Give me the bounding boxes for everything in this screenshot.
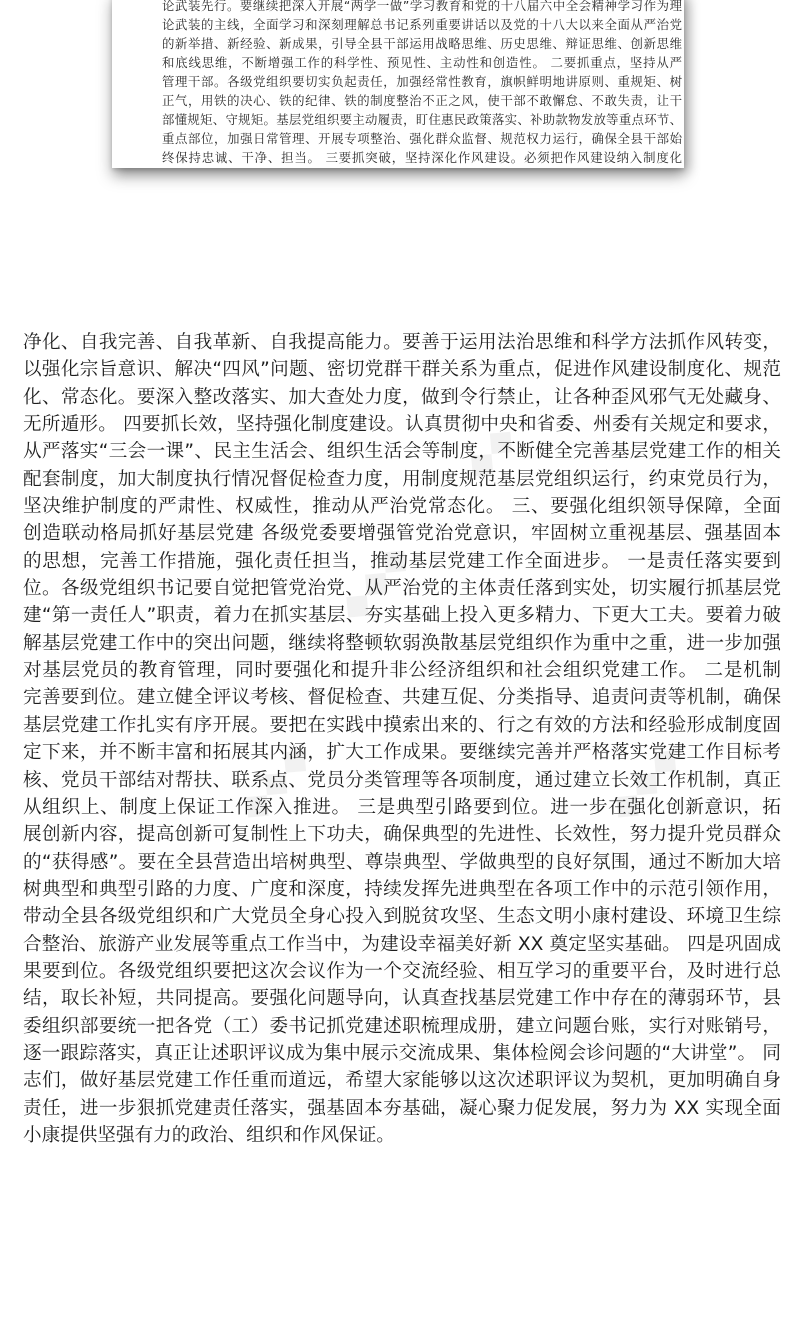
- preview-line: 和底线思维，不断增强工作的科学性、预见性、主动性和创造性。 二要抓重点，坚持从严: [162, 53, 682, 72]
- body-line: 配套制度，加大制度执行情况督促检查力度，用制度规范基层党组织运行，约束党员行为，: [23, 466, 781, 493]
- body-line: 定下来，并不断丰富和拓展其内涵，扩大工作成果。要继续完善并严格落实党建工作目标考: [23, 739, 781, 766]
- body-line: 委组织部要统一把各党（工）委书记抓党建述职梳理成册，建立问题台账，实行对账销号，: [23, 1013, 781, 1040]
- preview-line: 论武装的主线，全面学习和深刻理解总书记系列重要讲话以及党的十八大以来全面从严治党: [162, 15, 682, 34]
- body-line: 果要到位。各级党组织要把这次会议作为一个交流经验、相互学习的重要平台，及时进行总: [23, 958, 781, 985]
- preview-line: 的新举措、新经验、新成果，引导全县干部运用战略思维、历史思维、辩证思维、创新思维: [162, 34, 682, 53]
- body-line: 合整治、旅游产业发展等重点工作当中，为建设幸福美好新 XX 奠定坚实基础。 四是…: [23, 931, 781, 958]
- preview-line: 正气，用铁的决心、铁的纪律、铁的制度整治不正之风，使干部不敢懈怠、不敢失责，让干: [162, 91, 682, 110]
- body-line: 逐一跟踪落实，真正让述职评议成为集中展示交流成果、集体检阅会诊问题的“大讲堂”。…: [23, 1040, 781, 1067]
- body-line: 志们，做好基层党建工作任重而道远，希望大家能够以这次述职评议为契机，更加明确自身: [23, 1067, 781, 1094]
- preview-line: 重点部位，加强日常管理、开展专项整治、强化群众监督、规范权力运行，确保全县干部始: [162, 129, 682, 148]
- body-line: 净化、自我完善、自我革新、自我提高能力。要善于运用法治思维和科学方法抓作风转变，: [23, 329, 781, 356]
- preview-line: 部懂规矩、守规矩。基层党组织要主动履责，盯住惠民政策落实、补助款物发放等重点环节…: [162, 110, 682, 129]
- preview-text-block: 论武装先行。要继续把深入开展“两学一做”学习教育和党的十八届六中全会精神学习作为…: [162, 0, 682, 168]
- body-line: 从组织上、制度上保证工作深入推进。 三是典型引路要到位。进一步在强化创新意识，拓: [23, 794, 781, 821]
- body-line: 的“获得感”。要在全县营造出培树典型、尊崇典型、学做典型的良好氛围，通过不断加大…: [23, 849, 781, 876]
- body-line: 建“第一责任人”职责，着力在抓实基层、夯实基础上投入更多精力、下更大工夫。要着力…: [23, 602, 781, 629]
- body-line: 结，取长补短，共同提高。要强化问题导向，认真查找基层党建工作中存在的薄弱环节，县: [23, 985, 781, 1012]
- document-body: 净化、自我完善、自我革新、自我提高能力。要善于运用法治思维和科学方法抓作风转变，…: [23, 329, 781, 1149]
- page-preview-card: 论武装先行。要继续把深入开展“两学一做”学习教育和党的十八届六中全会精神学习作为…: [112, 0, 684, 168]
- body-line: 从严落实“三会一课”、民主生活会、组织生活会等制度，不断健全完善基层党建工作的相…: [23, 438, 781, 465]
- body-line: 的思想，完善工作措施，强化责任担当，推动基层党建工作全面进步。 一是责任落实要到: [23, 548, 781, 575]
- body-line: 无所遁形。 四要抓长效，坚持强化制度建设。认真贯彻中央和省委、州委有关规定和要求…: [23, 411, 781, 438]
- preview-line: 管理干部。各级党组织要切实负起责任，加强经常性教育，旗帜鲜明地讲原则、重规矩、树: [162, 72, 682, 91]
- preview-line: 论武装先行。要继续把深入开展“两学一做”学习教育和党的十八届六中全会精神学习作为…: [162, 0, 682, 15]
- body-line: 带动全县各级党组织和广大党员全身心投入到脱贫攻坚、生态文明小康村建设、环境卫生综: [23, 903, 781, 930]
- preview-line: 终保持忠诚、干净、担当。 三要抓突破，坚持深化作风建设。必须把作风建设纳入制度化: [162, 148, 682, 167]
- body-line: 完善要到位。建立健全评议考核、督促检查、共建互促、分类指导、追责问责等机制，确保: [23, 684, 781, 711]
- body-line: 坚决维护制度的严肃性、权威性，推动从严治党常态化。 三、要强化组织领导保障，全面: [23, 493, 781, 520]
- body-line: 解基层党建工作中的突出问题，继续将整顿软弱涣散基层党组织作为重中之重，进一步加强: [23, 630, 781, 657]
- body-line: 创造联动格局抓好基层党建 各级党委要增强管党治党意识，牢固树立重视基层、强基固本: [23, 520, 781, 547]
- body-line: 树典型和典型引路的力度、广度和深度，持续发挥先进典型在各项工作中的示范引领作用，: [23, 876, 781, 903]
- preview-line: 的轨道，把严的意识立起来，把严的规矩建起来，把严的风气树起来，增强各级党组织自我: [162, 167, 682, 168]
- body-line: 对基层党员的教育管理，同时要强化和提升非公经济组织和社会组织党建工作。 二是机制: [23, 657, 781, 684]
- body-line: 以强化宗旨意识、解决“四风”问题、密切党群干群关系为重点，促进作风建设制度化、规…: [23, 356, 781, 383]
- body-line: 展创新内容，提高创新可复制性上下功夫，确保典型的先进性、长效性，努力提升党员群众: [23, 821, 781, 848]
- body-line: 基层党建工作扎实有序开展。要把在实践中摸索出来的、行之有效的方法和经验形成制度固: [23, 712, 781, 739]
- body-line: 小康提供坚强有力的政治、组织和作风保证。: [23, 1122, 781, 1149]
- body-line: 核、党员干部结对帮扶、联系点、党员分类管理等各项制度，通过建立长效工作机制，真正: [23, 767, 781, 794]
- body-line: 责任，进一步狠抓党建责任落实，强基固本夯基础，凝心聚力促发展，努力为 XX 实现…: [23, 1095, 781, 1122]
- body-line: 化、常态化。要深入整改落实、加大查处力度，做到令行禁止，让各种歪风邪气无处藏身、: [23, 384, 781, 411]
- body-line: 位。各级党组织书记要自觉把管党治党、从严治党的主体责任落到实处，切实履行抓基层党: [23, 575, 781, 602]
